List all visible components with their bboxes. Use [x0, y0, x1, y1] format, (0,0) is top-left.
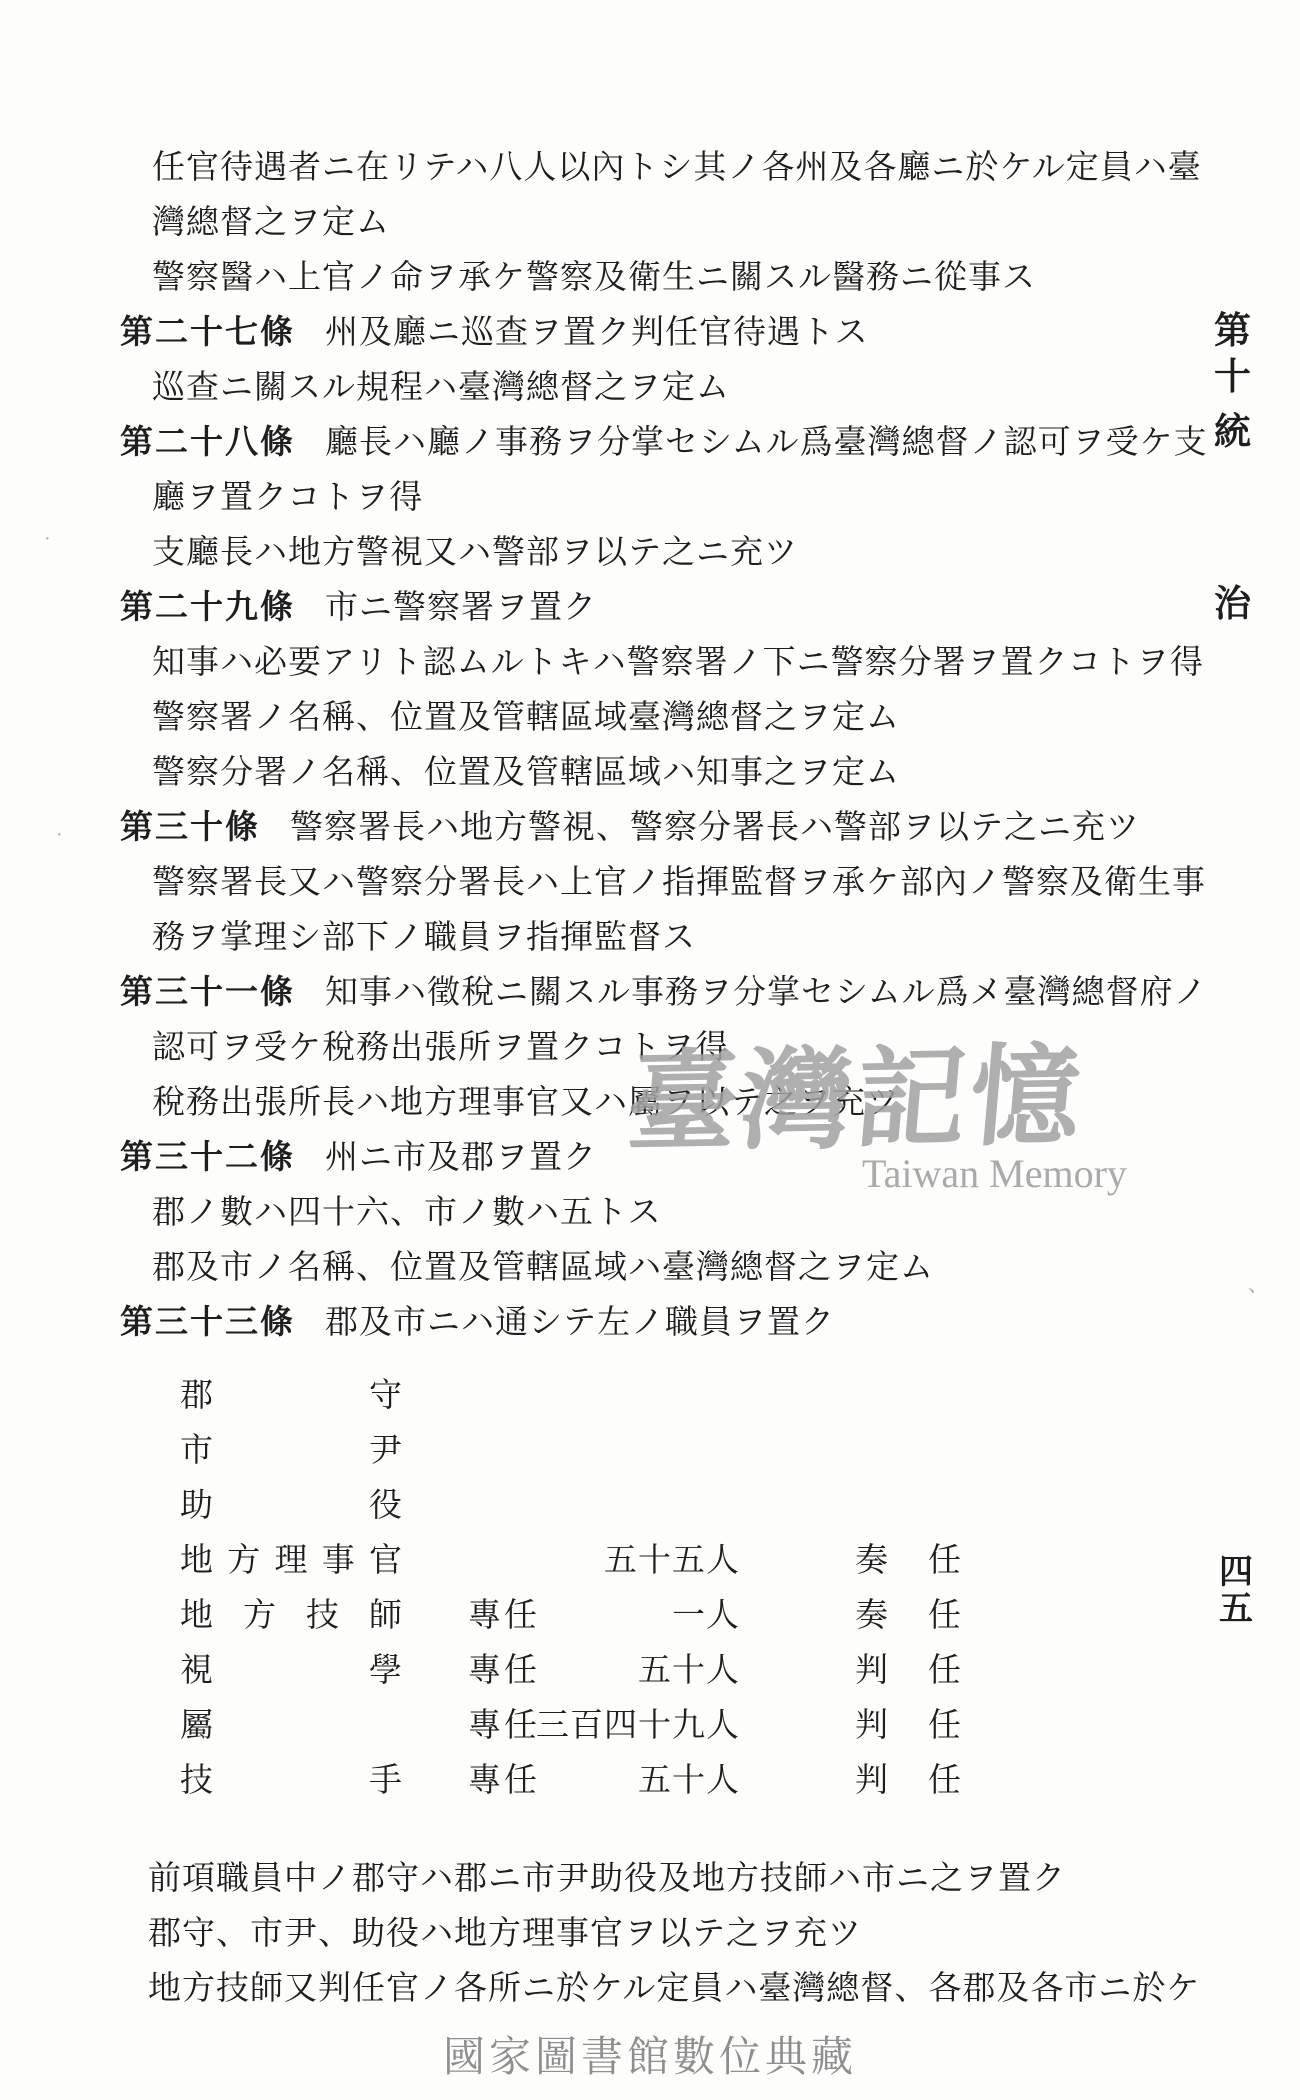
- article-number: 第三十條: [120, 801, 260, 848]
- col-rank: 判任: [855, 1640, 961, 1695]
- line-text: 知事ハ必要アリト認ムルトキハ警察署ノ下ニ警察分署ヲ置クコトヲ得: [152, 636, 1204, 683]
- title-char: 理: [275, 1534, 308, 1581]
- rank-char: 任: [928, 1644, 961, 1691]
- line-text: 郡守、市尹、助役ハ地方理事官ヲ以テ之ヲ充ツ: [148, 1907, 862, 1954]
- text-line: 任官待遇者ニ在リテハ八人以內トシ其ノ各州及各廳ニ於ケル定員ハ臺: [152, 137, 1210, 192]
- rank-char: 判: [855, 1754, 888, 1801]
- line-text: 灣總督之ヲ定ム: [152, 196, 390, 243]
- title-char: 手: [369, 1754, 402, 1801]
- article-text: 州ニ市及郡ヲ置ク: [325, 1131, 597, 1178]
- col-title: 助役: [180, 1475, 402, 1530]
- title-char: 市: [180, 1424, 213, 1471]
- col-count: [480, 1365, 740, 1420]
- closing-text-block: 前項職員中ノ郡守ハ郡ニ市尹助役及地方技師ハ市ニ之ヲ置ク郡守、市尹、助役ハ地方理事…: [148, 1848, 1238, 2013]
- article-number: 第三十一條: [120, 966, 295, 1013]
- article-text: 州及廳ニ巡查ヲ置ク判任官待遇トス: [325, 306, 869, 353]
- closing-line: 前項職員中ノ郡守ハ郡ニ市尹助役及地方技師ハ市ニ之ヲ置ク: [148, 1848, 1238, 1903]
- chapter-char: 治: [1214, 573, 1251, 627]
- chapter-char: 統: [1214, 401, 1251, 455]
- title-char: 方: [227, 1534, 260, 1581]
- text-line: 巡查ニ關スル規程ハ臺灣總督之ヲ定ム: [152, 357, 1210, 412]
- col-rank: 判任: [855, 1750, 961, 1805]
- article-line: 第二十八條廳長ハ廳ノ事務ヲ分掌セシムル爲臺灣總督ノ認可ヲ受ケ支: [120, 412, 1210, 467]
- title-char: 地: [180, 1589, 213, 1636]
- col-count: 五十人: [480, 1750, 740, 1805]
- page-number-char: 五: [1219, 1581, 1253, 1630]
- line-text: 任官待遇者ニ在リテハ八人以內トシ其ノ各州及各廳ニ於ケル定員ハ臺: [152, 141, 1202, 188]
- title-char: 屬: [180, 1699, 213, 1746]
- title-char: 師: [369, 1589, 402, 1636]
- col-rank: 奏任: [855, 1585, 961, 1640]
- col-count: 一人: [480, 1585, 740, 1640]
- col-count: 三百四十九人: [480, 1695, 740, 1750]
- title-char: 役: [369, 1479, 402, 1526]
- article-line: 第二十九條市ニ警察署ヲ置ク: [120, 577, 1210, 632]
- line-text: 警察醫ハ上官ノ命ヲ承ケ警察及衛生ニ關スル醫務ニ從事ス: [152, 251, 1036, 298]
- line-text: 前項職員中ノ郡守ハ郡ニ市尹助役及地方技師ハ市ニ之ヲ置ク: [148, 1852, 1066, 1899]
- title-char: 學: [369, 1644, 402, 1691]
- text-line: 知事ハ必要アリト認ムルトキハ警察署ノ下ニ警察分署ヲ置クコトヲ得: [152, 632, 1210, 687]
- text-line: 郡及市ノ名稱、位置及管轄區域ハ臺灣總督之ヲ定ム: [152, 1237, 1210, 1292]
- article-text: 知事ハ徵稅ニ關スル事務ヲ分掌セシムル爲メ臺灣總督府ノ: [325, 966, 1208, 1013]
- article-number: 第二十九條: [120, 581, 295, 628]
- speck: ·: [56, 824, 63, 847]
- col-rank: 奏任: [855, 1530, 961, 1585]
- line-text: 郡及市ノ名稱、位置及管轄區域ハ臺灣總督之ヲ定ム: [152, 1241, 934, 1288]
- staff-table: 郡守市尹助役地方理事官五十五人奏任地方技師專任一人奏任視學專任五十人判任屬專任三…: [180, 1365, 940, 1805]
- line-text: 支廳長ハ地方警視又ハ警部ヲ以テ之ニ充ツ: [152, 526, 798, 573]
- col-count: [480, 1475, 740, 1530]
- text-line: 警察署長又ハ警察分署長ハ上官ノ指揮監督ヲ承ケ部內ノ警察及衛生事: [152, 852, 1210, 907]
- col-title: 技手: [180, 1750, 402, 1805]
- col-count: [480, 1420, 740, 1475]
- rank-char: 任: [928, 1589, 961, 1636]
- table-row: 地方技師專任一人奏任: [180, 1585, 940, 1640]
- article-text: 市ニ警察署ヲ置ク: [325, 581, 597, 628]
- col-count: 五十人: [480, 1640, 740, 1695]
- title-char: 尹: [369, 1424, 402, 1471]
- library-watermark: 國家圖書館數位典藏: [443, 2024, 857, 2084]
- col-title: 地方技師: [180, 1585, 402, 1640]
- title-char: 郡: [180, 1369, 213, 1416]
- text-line: 認可ヲ受ケ稅務出張所ヲ置クコトヲ得: [152, 1017, 1210, 1072]
- article-line: 第三十三條郡及市ニハ通シテ左ノ職員ヲ置ク: [120, 1292, 1210, 1347]
- text-line: 灣總督之ヲ定ム: [152, 192, 1210, 247]
- line-text: 郡ノ數ハ四十六、市ノ數ハ五トス: [152, 1186, 662, 1233]
- article-number: 第二十七條: [120, 306, 295, 353]
- article-line: 第二十七條州及廳ニ巡查ヲ置ク判任官待遇トス: [120, 302, 1210, 357]
- line-text: 廳ヲ置クコトヲ得: [152, 471, 423, 518]
- article-number: 第二十八條: [120, 416, 295, 463]
- text-line: 務ヲ掌理シ部下ノ職員ヲ指揮監督ス: [152, 907, 1210, 962]
- table-row: 技手專任五十人判任: [180, 1750, 940, 1805]
- col-title: 郡守: [180, 1365, 402, 1420]
- speck: 、: [1248, 1268, 1268, 1297]
- table-row: 地方理事官五十五人奏任: [180, 1530, 940, 1585]
- article-text: 警察署長ハ地方警視、警察分署長ハ警部ヲ以テ之ニ充ツ: [290, 801, 1140, 848]
- rank-char: 奏: [855, 1589, 888, 1636]
- rank-char: 任: [928, 1534, 961, 1581]
- article-line: 第三十一條知事ハ徵稅ニ關スル事務ヲ分掌セシムル爲メ臺灣總督府ノ: [120, 962, 1210, 1017]
- title-char: 方: [243, 1589, 276, 1636]
- title-char: 技: [180, 1754, 213, 1801]
- chapter-char: 十: [1214, 346, 1251, 400]
- text-line: 警察醫ハ上官ノ命ヲ承ケ警察及衛生ニ關スル醫務ニ從事ス: [152, 247, 1210, 302]
- col-rank: [855, 1475, 961, 1530]
- title-char: 視: [180, 1644, 213, 1691]
- text-line: 警察分署ノ名稱、位置及管轄區域ハ知事之ヲ定ム: [152, 742, 1210, 797]
- closing-line: 地方技師又判任官ノ各所ニ於ケル定員ハ臺灣總督、各郡及各市ニ於ケ: [148, 1958, 1238, 2013]
- table-row: 視學專任五十人判任: [180, 1640, 940, 1695]
- col-rank: 判任: [855, 1695, 961, 1750]
- title-char: 助: [180, 1479, 213, 1526]
- rank-char: 判: [855, 1644, 888, 1691]
- line-text: 警察署ノ名稱、位置及管轄區域臺灣總督之ヲ定ム: [152, 691, 900, 738]
- title-char: 事: [322, 1534, 355, 1581]
- title-char: 守: [369, 1369, 402, 1416]
- line-text: 認可ヲ受ケ稅務出張所ヲ置クコトヲ得: [152, 1021, 729, 1068]
- text-line: 警察署ノ名稱、位置及管轄區域臺灣總督之ヲ定ム: [152, 687, 1210, 742]
- closing-line: 郡守、市尹、助役ハ地方理事官ヲ以テ之ヲ充ツ: [148, 1903, 1238, 1958]
- line-text: 稅務出張所長ハ地方理事官又ハ屬ヲ以テ之ヲ充ツ: [152, 1076, 900, 1123]
- title-char: 官: [369, 1534, 402, 1581]
- rank-char: 判: [855, 1699, 888, 1746]
- rank-char: 任: [928, 1754, 961, 1801]
- col-title: 屬: [180, 1695, 402, 1750]
- title-char: 技: [306, 1589, 339, 1636]
- line-text: 警察署長又ハ警察分署長ハ上官ノ指揮監督ヲ承ケ部內ノ警察及衛生事: [152, 856, 1206, 903]
- col-rank: [855, 1420, 961, 1475]
- article-number: 第三十三條: [120, 1296, 295, 1343]
- rank-char: 奏: [855, 1534, 888, 1581]
- title-char: 地: [180, 1534, 213, 1581]
- line-text: 警察分署ノ名稱、位置及管轄區域ハ知事之ヲ定ム: [152, 746, 900, 793]
- speck: ·: [44, 528, 51, 551]
- col-rank: [855, 1365, 961, 1420]
- line-text: 務ヲ掌理シ部下ノ職員ヲ指揮監督ス: [152, 911, 696, 958]
- article-text: 廳長ハ廳ノ事務ヲ分掌セシムル爲臺灣總督ノ認可ヲ受ケ支: [325, 416, 1208, 463]
- article-number: 第三十二條: [120, 1131, 295, 1178]
- text-line: 支廳長ハ地方警視又ハ警部ヲ以テ之ニ充ツ: [152, 522, 1210, 577]
- col-count: 五十五人: [480, 1530, 740, 1585]
- taiwan-memory-watermark-latin: Taiwan Memory: [862, 1150, 1127, 1197]
- line-text: 地方技師又判任官ノ各所ニ於ケル定員ハ臺灣總督、各郡及各市ニ於ケ: [148, 1962, 1200, 2009]
- table-row: 市尹: [180, 1420, 940, 1475]
- col-title: 視學: [180, 1640, 402, 1695]
- col-title: 地方理事官: [180, 1530, 402, 1585]
- table-row: 助役: [180, 1475, 940, 1530]
- table-row: 郡守: [180, 1365, 940, 1420]
- scanned-document-page: 任官待遇者ニ在リテハ八人以內トシ其ノ各州及各廳ニ於ケル定員ハ臺灣總督之ヲ定ム警察…: [0, 0, 1300, 2100]
- article-line: 第三十條警察署長ハ地方警視、警察分署長ハ警部ヲ以テ之ニ充ツ: [120, 797, 1210, 852]
- text-line: 廳ヲ置クコトヲ得: [152, 467, 1210, 522]
- article-text: 郡及市ニハ通シテ左ノ職員ヲ置ク: [325, 1296, 835, 1343]
- table-row: 屬專任三百四十九人判任: [180, 1695, 940, 1750]
- rank-char: 任: [928, 1699, 961, 1746]
- line-text: 巡查ニ關スル規程ハ臺灣總督之ヲ定ム: [152, 361, 730, 408]
- text-line: 稅務出張所長ハ地方理事官又ハ屬ヲ以テ之ヲ充ツ: [152, 1072, 1210, 1127]
- col-title: 市尹: [180, 1420, 402, 1475]
